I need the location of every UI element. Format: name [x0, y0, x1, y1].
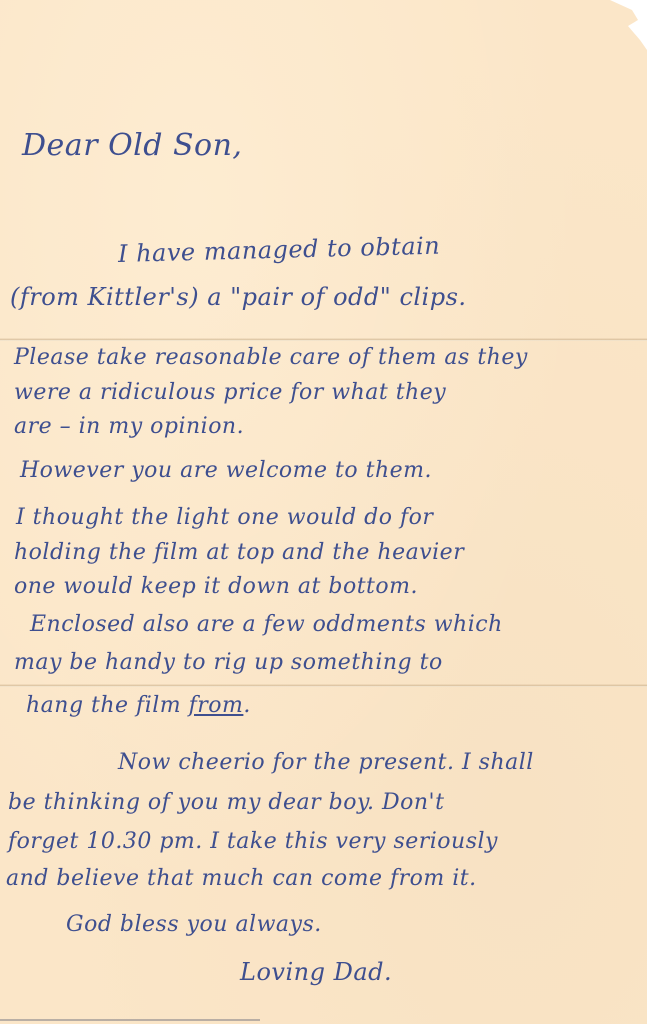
body-line-17: God bless you always. — [66, 912, 322, 937]
paper-bottom-edge — [0, 1019, 260, 1021]
body-line-12: hang the film from. — [26, 693, 251, 718]
body-line-8: holding the film at top and the heavier — [14, 540, 464, 565]
signature: Loving Dad. — [240, 958, 392, 986]
body-line-14: be thinking of you my dear boy. Don't — [8, 790, 444, 815]
body-line-13: Now cheerio for the present. I shall — [118, 750, 534, 775]
underlined-word: from — [189, 693, 244, 718]
body-line-10: Enclosed also are a few oddments which — [30, 612, 503, 637]
body-line-16: and believe that much can come from it. — [6, 866, 477, 891]
body-line-6: However you are welcome to them. — [20, 458, 432, 483]
body-line-9: one would keep it down at bottom. — [14, 574, 418, 599]
body-line-4: were a ridiculous price for what they — [14, 380, 446, 405]
body-line-11: may be handy to rig up something to — [14, 650, 443, 675]
body-line-7: I thought the light one would do for — [16, 505, 433, 530]
salutation: Dear Old Son, — [22, 128, 242, 163]
body-line-1: I have managed to obtain — [118, 232, 441, 268]
body-line-2: (from Kittler's) a "pair of odd" clips. — [10, 283, 467, 311]
fold-line-lower — [0, 684, 647, 687]
fold-line-upper — [0, 338, 647, 341]
body-line-5: are – in my opinion. — [14, 414, 244, 439]
body-line-15: forget 10.30 pm. I take this very seriou… — [8, 829, 498, 854]
body-line-3: Please take reasonable care of them as t… — [14, 345, 528, 370]
letter-paper: Dear Old Son, I have managed to obtain (… — [0, 0, 647, 1024]
